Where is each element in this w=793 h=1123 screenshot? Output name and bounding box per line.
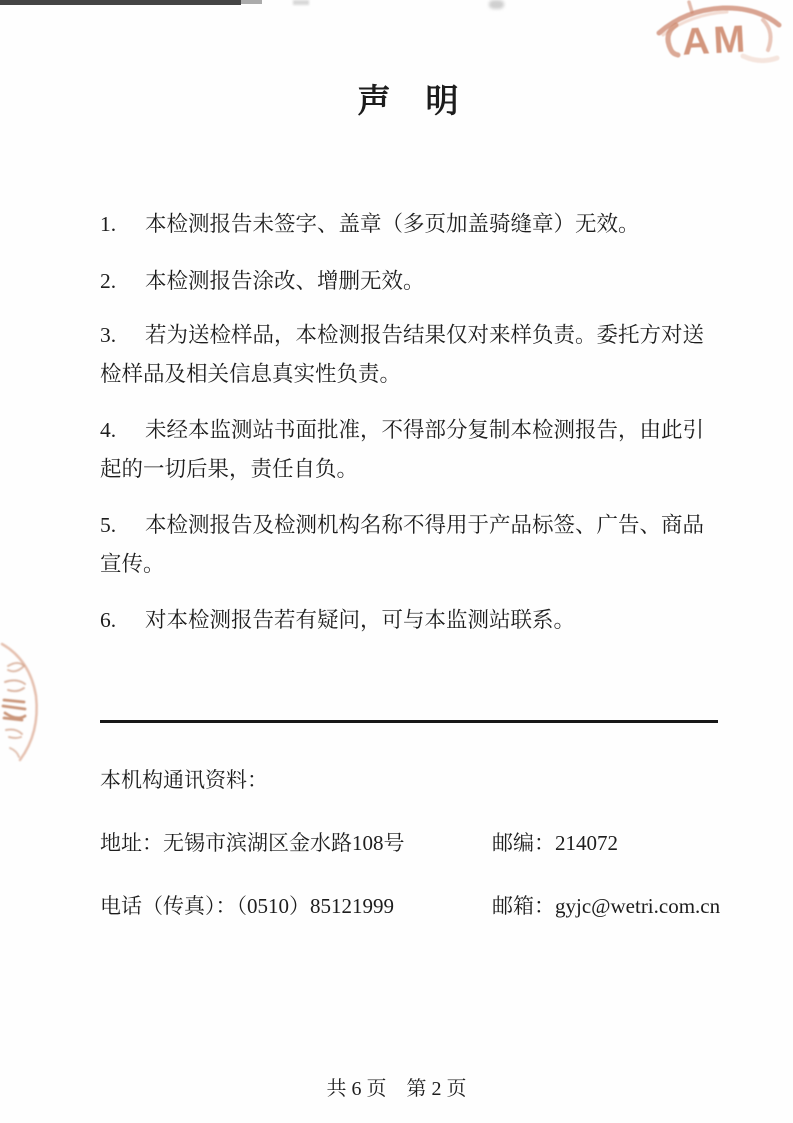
item-number: 3. (100, 316, 145, 355)
stamp-smudge (743, 56, 777, 61)
item-line: 1.本检测报告未签字、盖章（多页加盖骑缝章）无效。 (100, 205, 740, 244)
item-line: 检样品及相关信息真实性负责。 (100, 355, 740, 394)
scan-artifact-band (0, 0, 241, 5)
item-line: 宣传。 (100, 545, 740, 584)
item-line: 4.未经本监测站书面批准，不得部分复制本检测报告，由此引 (100, 411, 740, 450)
declaration-item-3: 3.若为送检样品，本检测报告结果仅对来样负责。委托方对送 检样品及相关信息真实性… (100, 316, 740, 394)
divider-line (100, 720, 718, 723)
item-line: 5.本检测报告及检测机构名称不得用于产品标签、广告、商品 (100, 506, 740, 545)
stamp-tick (689, 2, 692, 12)
item-text: 本检测报告涂改、增删无效。 (145, 269, 425, 293)
scan-artifact-band-light (241, 0, 262, 4)
declaration-item-6: 6.对本检测报告若有疑问，可与本监测站联系。 (100, 601, 740, 640)
certification-stamp-fragment: AM (645, 0, 793, 70)
contact-heading: 本机构通讯资料： (100, 765, 268, 795)
page-footer: 共 6 页 第 2 页 (0, 1077, 793, 1101)
contact-phone: 电话（传真）：（0510）85121999 (100, 894, 394, 918)
document-page: AM 声 明 1.本检测报告未签字、盖章（多页加盖骑缝章）无效。 2.本检测报告… (0, 0, 793, 1123)
declaration-item-4: 4.未经本监测站书面批准，不得部分复制本检测报告，由此引 起的一切后果，责任自负… (100, 411, 740, 489)
item-number: 4. (100, 411, 145, 450)
item-text: 未经本监测站书面批准，不得部分复制本检测报告，由此引 (145, 418, 704, 442)
item-number: 5. (100, 506, 145, 545)
item-line: 6.对本检测报告若有疑问，可与本监测站联系。 (100, 601, 740, 640)
item-text: 本检测报告未签字、盖章（多页加盖骑缝章）无效。 (145, 212, 640, 236)
contact-address-row: 地址：无锡市滨湖区金水路108号 邮编：214072 (100, 829, 740, 857)
stamp-glyph-mark-dense (3, 700, 25, 720)
declaration-item-5: 5.本检测报告及检测机构名称不得用于产品标签、广告、商品 宣传。 (100, 506, 740, 584)
scan-artifact-smudge (489, 0, 504, 9)
contact-email: 邮箱：gyjc@wetri.com.cn (492, 892, 720, 920)
item-line: 2.本检测报告涂改、增删无效。 (100, 262, 740, 301)
stamp-glyph-mark (6, 730, 22, 739)
footer-total-pages: 共 6 页 (327, 1077, 387, 1101)
contact-address: 地址：无锡市滨湖区金水路108号 (100, 831, 405, 855)
item-number: 2. (100, 262, 145, 301)
item-text: 若为送检样品，本检测报告结果仅对来样负责。委托方对送 (145, 323, 704, 347)
page-title: 声 明 (100, 82, 717, 122)
stamp-left-curve (668, 25, 678, 55)
item-number: 6. (100, 601, 145, 640)
declaration-item-1: 1.本检测报告未签字、盖章（多页加盖骑缝章）无效。 (100, 205, 740, 244)
stamp-right-curve (763, 20, 771, 50)
stamp-glyph-mark (5, 680, 25, 691)
declaration-item-2: 2.本检测报告涂改、增删无效。 (100, 262, 740, 301)
stamp-glyph-mark (10, 748, 19, 757)
stamp-glyph-mark (8, 663, 24, 671)
item-line: 起的一切后果，责任自负。 (100, 450, 740, 489)
round-stamp-fragment (0, 638, 50, 778)
scan-artifact-smudge (293, 0, 309, 5)
item-line: 3.若为送检样品，本检测报告结果仅对来样负责。委托方对送 (100, 316, 740, 355)
item-number: 1. (100, 205, 145, 244)
contact-postcode: 邮编：214072 (492, 829, 618, 857)
contact-phone-row: 电话（传真）：（0510）85121999 邮箱：gyjc@wetri.com.… (100, 892, 740, 920)
item-text: 本检测报告及检测机构名称不得用于产品标签、广告、商品 (145, 513, 704, 537)
stamp-letters: AM (681, 18, 750, 63)
footer-current-page: 第 2 页 (407, 1077, 467, 1101)
item-text: 对本检测报告若有疑问，可与本监测站联系。 (145, 608, 575, 632)
